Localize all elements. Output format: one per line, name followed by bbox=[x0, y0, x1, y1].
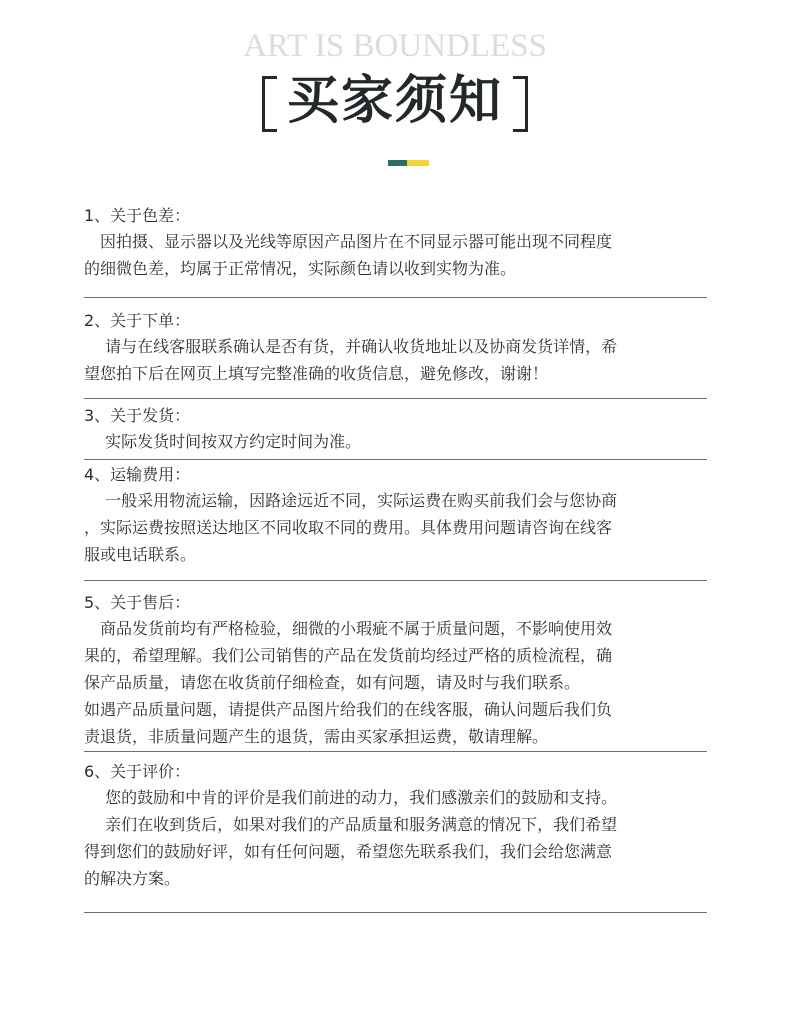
section-freight-cost: 4、运输费用： 一般采用物流运输，因路途远近不同，实际运费在购买前我们会与您协商… bbox=[84, 463, 714, 568]
subtitle-art-is-boundless: ART IS BOUNDLESS bbox=[0, 28, 790, 64]
accent-bar-yellow bbox=[407, 160, 429, 166]
section-heading: 2、关于下单： bbox=[84, 309, 714, 333]
title-text: 买家须知 bbox=[287, 66, 503, 136]
body-line: 责退货，非质量问题产生的退货，需由买家承担运费，敬请理解。 bbox=[84, 723, 714, 750]
section-body: 请与在线客服联系确认是否有货，并确认收货地址以及协商发货详情，希 望您拍下后在网… bbox=[84, 333, 714, 387]
right-bracket-icon bbox=[513, 76, 528, 132]
section-body: 您的鼓励和中肯的评价是我们前进的动力，我们感激亲们的鼓励和支持。 亲们在收到货后… bbox=[84, 784, 714, 892]
section-color-difference: 1、关于色差： 因拍摄、显示器以及光线等原因产品图片在不同显示器可能出现不同程度… bbox=[84, 204, 714, 282]
section-body: 一般采用物流运输，因路途远近不同，实际运费在购买前我们会与您协商 ，实际运费按照… bbox=[84, 487, 714, 568]
section-body: 商品发货前均有严格检验，细微的小瑕疵不属于质量问题，不影响使用效 果的，希望理解… bbox=[84, 615, 714, 750]
body-line: 保产品质量，请您在收货前仔细检查，如有问题，请及时与我们联系。 bbox=[84, 669, 714, 696]
body-line: 一般采用物流运输，因路途远近不同，实际运费在购买前我们会与您协商 bbox=[84, 487, 714, 514]
section-reviews: 6、关于评价： 您的鼓励和中肯的评价是我们前进的动力，我们感激亲们的鼓励和支持。… bbox=[84, 760, 714, 892]
divider bbox=[84, 297, 707, 298]
body-line: 望您拍下后在网页上填写完整准确的收货信息，避免修改，谢谢！ bbox=[84, 360, 714, 387]
divider bbox=[84, 459, 707, 460]
accent-bar-teal bbox=[388, 160, 407, 166]
body-line: 得到您们的鼓励好评，如有任何问题，希望您先联系我们，我们会给您满意 bbox=[84, 838, 714, 865]
section-body: 实际发货时间按双方约定时间为准。 bbox=[84, 428, 714, 455]
section-heading: 3、关于发货： bbox=[84, 404, 714, 428]
section-body: 因拍摄、显示器以及光线等原因产品图片在不同显示器可能出现不同程度 的细微色差，均… bbox=[84, 228, 714, 282]
divider bbox=[84, 751, 707, 752]
body-line: 的细微色差，均属于正常情况，实际颜色请以收到实物为准。 bbox=[84, 255, 714, 282]
divider bbox=[84, 912, 707, 913]
body-line: 商品发货前均有严格检验，细微的小瑕疵不属于质量问题，不影响使用效 bbox=[84, 615, 714, 642]
body-line: 如遇产品质量问题，请提供产品图片给我们的在线客服，确认问题后我们负 bbox=[84, 696, 714, 723]
body-line: 请与在线客服联系确认是否有货，并确认收货地址以及协商发货详情，希 bbox=[84, 333, 714, 360]
body-line: 实际发货时间按双方约定时间为准。 bbox=[84, 428, 714, 455]
body-line: 服或电话联系。 bbox=[84, 541, 714, 568]
body-line: ，实际运费按照送达地区不同收取不同的费用。具体费用问题请咨询在线客 bbox=[84, 514, 714, 541]
section-heading: 5、关于售后： bbox=[84, 591, 714, 615]
body-line: 的解决方案。 bbox=[84, 865, 714, 892]
body-line: 因拍摄、显示器以及光线等原因产品图片在不同显示器可能出现不同程度 bbox=[84, 228, 714, 255]
body-line: 您的鼓励和中肯的评价是我们前进的动力，我们感激亲们的鼓励和支持。 bbox=[84, 784, 714, 811]
section-after-sales: 5、关于售后： 商品发货前均有严格检验，细微的小瑕疵不属于质量问题，不影响使用效… bbox=[84, 591, 714, 750]
section-heading: 1、关于色差： bbox=[84, 204, 714, 228]
body-line: 果的，希望理解。我们公司销售的产品在发货前均经过严格的质检流程，确 bbox=[84, 642, 714, 669]
section-ordering: 2、关于下单： 请与在线客服联系确认是否有货，并确认收货地址以及协商发货详情，希… bbox=[84, 309, 714, 387]
section-shipping: 3、关于发货： 实际发货时间按双方约定时间为准。 bbox=[84, 404, 714, 455]
divider bbox=[84, 580, 707, 581]
divider bbox=[84, 398, 707, 399]
body-line: 亲们在收到货后，如果对我们的产品质量和服务满意的情况下，我们希望 bbox=[84, 811, 714, 838]
left-bracket-icon bbox=[262, 76, 277, 132]
section-heading: 4、运输费用： bbox=[84, 463, 714, 487]
section-heading: 6、关于评价： bbox=[84, 760, 714, 784]
page-title: 买家须知 bbox=[0, 66, 790, 136]
